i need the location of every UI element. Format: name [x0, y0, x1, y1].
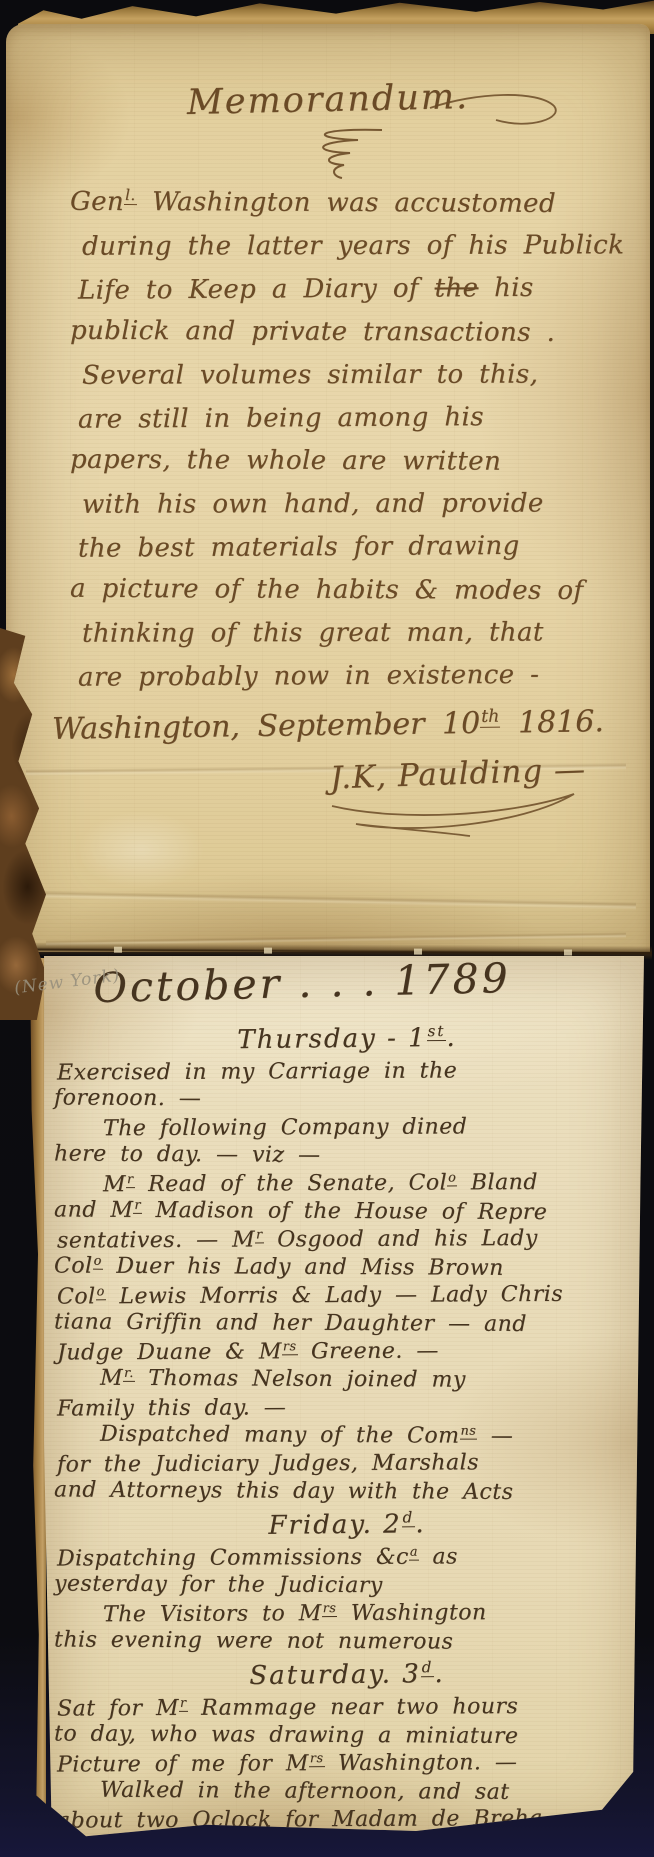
- paper-crease: [16, 890, 636, 910]
- manuscript-line: Dispatching Commissions &ca as: [57, 1542, 638, 1573]
- manuscript-line: Judge Duane & Mrs Greene. —: [57, 1336, 638, 1367]
- memorandum-title: Memorandum.: [6, 73, 651, 126]
- manuscript-line: publick and private transactions .: [70, 310, 626, 355]
- diary-page: October . . . 1789 Thursday - 1st. Exerc…: [44, 956, 644, 1838]
- memorandum-body: Genl. Washington was accustomedduring th…: [76, 182, 626, 698]
- entry-lines: Dispatching Commissions &ca asyesterday …: [56, 1544, 638, 1656]
- manuscript-line: and Mr Madison of the House of Repre: [54, 1196, 638, 1227]
- manuscript-line: to day, who was drawing a miniature: [54, 1720, 638, 1751]
- manuscript-photo: Memorandum. Genl. Washington was accusto…: [0, 0, 654, 1857]
- manuscript-line: Colo Lewis Morris & Lady — Lady Chris: [57, 1280, 638, 1311]
- manuscript-line: yesterday for the Judiciary: [54, 1570, 638, 1601]
- day-heading: Thursday - 1st.: [56, 1017, 638, 1061]
- manuscript-line: Several volumes similar to this,: [82, 353, 626, 397]
- manuscript-line: Picture of me for Mrs Washington. —: [57, 1748, 638, 1779]
- manuscript-line: the best materials for drawing: [78, 524, 626, 570]
- manuscript-line: sentatives. — Mr Osgood and his Lady: [57, 1224, 638, 1255]
- manuscript-line: Sat for Mr Rammage near two hours: [57, 1692, 638, 1723]
- day-heading: Saturday. 3d.: [56, 1653, 638, 1697]
- manuscript-line: Colo Duer his Lady and Miss Brown: [54, 1252, 638, 1283]
- manuscript-line: Exercised in my Carriage in the: [57, 1056, 638, 1087]
- manuscript-line: Genl. Washington was accustomed: [70, 181, 626, 226]
- manuscript-line: The following Company dined: [57, 1112, 638, 1143]
- section-flourish-icon: [298, 126, 388, 182]
- manuscript-line: tiana Griffin and her Daughter — and: [54, 1308, 638, 1339]
- manuscript-line: are probably now in existence -: [78, 653, 626, 699]
- signature-flourish-icon: [330, 792, 580, 838]
- manuscript-line: Family this day. —: [57, 1392, 638, 1423]
- memorandum-signature: J.K, Paulding —: [329, 752, 586, 797]
- manuscript-line: Life to Keep a Diary of the his: [78, 266, 626, 312]
- manuscript-line: a picture of the habits & modes of: [70, 568, 626, 613]
- diary-entry: Friday. 2d. Dispatching Commissions &ca …: [56, 1506, 638, 1656]
- manuscript-line: Mr. Thomas Nelson joined my: [54, 1364, 638, 1395]
- manuscript-line: thinking of this great man, that: [82, 611, 626, 655]
- manuscript-line: about two Oclock for Madam de Breha: [57, 1804, 638, 1835]
- manuscript-line: are still in being among his: [78, 395, 626, 441]
- diary-entry: Saturday. 3d. Sat for Mr Rammage near tw…: [56, 1656, 638, 1834]
- memorandum-dateline: Washington, September 10th 1816.: [52, 704, 604, 747]
- manuscript-line: with his own hand, and provide: [82, 482, 626, 526]
- entry-lines: Sat for Mr Rammage near two hoursto day,…: [56, 1694, 638, 1834]
- entry-lines: Exercised in my Carriage in theforenoon.…: [56, 1058, 638, 1506]
- manuscript-line: The Visitors to Mrs Washington: [57, 1598, 638, 1629]
- memorandum-page: Memorandum. Genl. Washington was accusto…: [6, 24, 650, 952]
- manuscript-line: Dispatched many of the Comns —: [54, 1420, 638, 1451]
- diary-text: Thursday - 1st. Exercised in my Carriage…: [56, 1020, 638, 1834]
- manuscript-line: Mr Read of the Senate, Colo Bland: [57, 1168, 638, 1199]
- manuscript-line: during the latter years of his Publick: [82, 224, 626, 268]
- day-heading: Friday. 2d.: [56, 1503, 638, 1547]
- manuscript-line: Walked in the afternoon, and sat: [54, 1776, 638, 1807]
- diary-entry: Thursday - 1st. Exercised in my Carriage…: [56, 1020, 638, 1506]
- page-edge-strip: [30, 958, 46, 1804]
- manuscript-line: papers, the whole are written: [70, 439, 626, 484]
- manuscript-line: forenoon. —: [54, 1084, 638, 1115]
- manuscript-line: for the Judiciary Judges, Marshals: [57, 1448, 638, 1479]
- manuscript-line: here to day. — viz —: [54, 1140, 638, 1171]
